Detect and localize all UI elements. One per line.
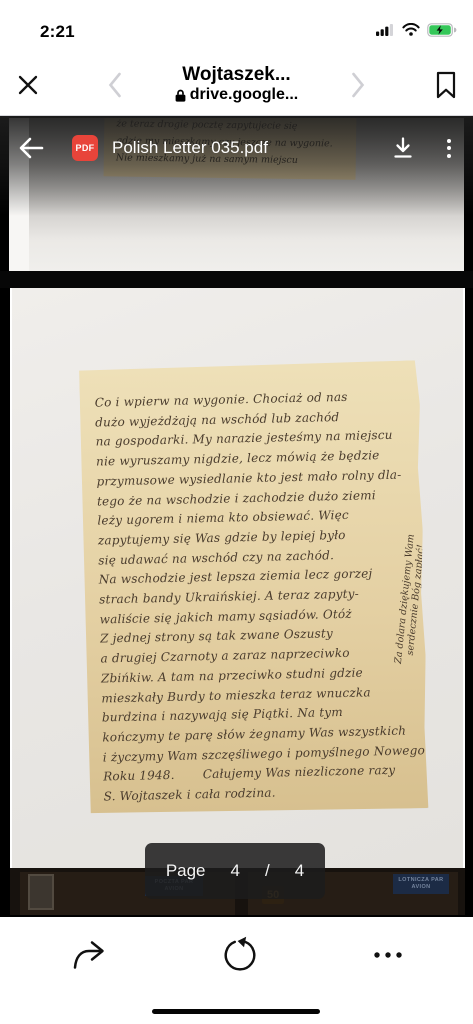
more-options-button[interactable]: [373, 933, 403, 977]
page-indicator-current: 4: [231, 861, 240, 881]
page-indicator-total: 4: [295, 861, 304, 881]
nav-back-button[interactable]: [108, 72, 122, 98]
nav-forward-button[interactable]: [351, 72, 365, 98]
close-button[interactable]: [16, 73, 60, 97]
page-title-block[interactable]: Wojtaszek... drive.google...: [122, 62, 351, 107]
clock: 2:21: [40, 22, 75, 42]
kebab-menu-icon: [447, 139, 451, 143]
cellular-signal-icon: [376, 23, 395, 41]
page-indicator: Page 4 / 4: [145, 843, 325, 899]
phone-screen: 2:21: [0, 0, 473, 1024]
page-indicator-separator: /: [265, 861, 270, 881]
bookmark-icon: [435, 71, 457, 99]
pdf-menu-button[interactable]: [441, 135, 457, 162]
pdf-back-button[interactable]: [18, 126, 44, 170]
margin-note: Za dolara dziękujemy Wam serdecznie Bóg …: [391, 515, 430, 684]
page-indicator-label: Page: [166, 861, 206, 881]
chevron-right-icon: [351, 72, 365, 98]
home-indicator[interactable]: [152, 1009, 320, 1014]
chevron-left-icon: [108, 72, 122, 98]
share-icon: [72, 940, 106, 970]
pdf-page-4[interactable]: Co i wpierw na wygonie. Chociaż od nas d…: [10, 288, 465, 868]
close-icon: [16, 73, 40, 97]
lock-icon: [175, 89, 186, 102]
battery-charging-icon: [427, 23, 457, 42]
download-button[interactable]: [391, 126, 415, 170]
bottom-toolbar: [0, 917, 473, 1024]
letter-paper: Co i wpierw na wygonie. Chociaż od nas d…: [79, 360, 429, 816]
pdf-file-icon: PDF: [72, 135, 98, 161]
page-title: Wojtaszek...: [122, 64, 351, 86]
pdf-toolbar: PDF Polish Letter 035.pdf: [0, 116, 473, 216]
back-arrow-icon: [18, 137, 44, 159]
pdf-viewer[interactable]: że teraz drogie pocztę zapytujecie się g…: [0, 116, 473, 917]
url-bar: drive.google...: [175, 86, 298, 104]
share-button[interactable]: [72, 933, 106, 977]
page-separator: [0, 271, 473, 288]
browser-header: Wojtaszek... drive.google...: [0, 54, 473, 116]
stamp-portrait: [28, 874, 54, 910]
wifi-icon: [402, 23, 420, 41]
par-avion-label: LOTNICZA PAR AVION: [393, 874, 449, 894]
pdf-filename: Polish Letter 035.pdf: [112, 138, 391, 158]
download-icon: [391, 136, 415, 160]
reload-icon: [221, 936, 259, 974]
ellipsis-icon: [373, 950, 403, 960]
status-bar: 2:21: [0, 0, 473, 54]
reload-button[interactable]: [221, 933, 259, 977]
url-text: drive.google...: [190, 86, 298, 104]
bookmark-button[interactable]: [413, 71, 457, 99]
